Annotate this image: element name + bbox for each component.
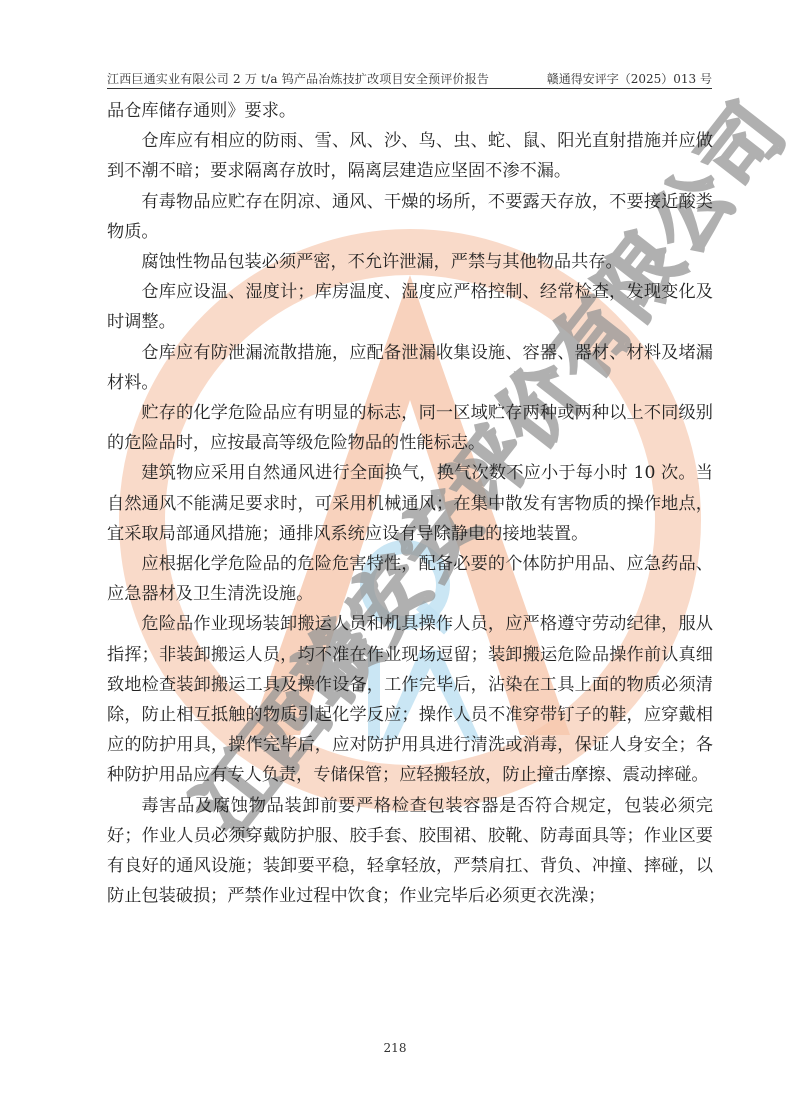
paragraph: 应根据化学危险品的危险危害特性，配备必要的个体防护用品、应急药品、应急器材及卫生… [107, 549, 713, 609]
header-document-number: 赣通得安评字（2025）013 号 [547, 70, 712, 87]
page-header: 江西巨通实业有限公司 2 万 t/a 钨产品冶炼技扩改项目安全预评价报告 赣通得… [107, 68, 712, 89]
paragraph: 有毒物品应贮存在阴凉、通风、干燥的场所，不要露天存放，不要接近酸类物质。 [107, 187, 713, 247]
document-body: 品仓库储存通则》要求。 仓库应有相应的防雨、雪、风、沙、鸟、虫、蛇、鼠、阳光直射… [107, 96, 713, 911]
paragraph: 腐蚀性物品包装必须严密，不允许泄漏，严禁与其他物品共存。 [107, 247, 713, 277]
paragraph: 毒害品及腐蚀物品装卸前要严格检查包装容器是否符合规定，包装必须完好；作业人员必须… [107, 791, 713, 912]
paragraph: 仓库应有相应的防雨、雪、风、沙、鸟、虫、蛇、鼠、阳光直射措施并应做到不潮不暗；要… [107, 126, 713, 186]
paragraph: 建筑物应采用自然通风进行全面换气，换气次数不应小于每小时 10 次。当自然通风不… [107, 458, 713, 549]
paragraph: 危险品作业现场装卸搬运人员和机具操作人员，应严格遵守劳动纪律，服从指挥；非装卸搬… [107, 609, 713, 790]
paragraph: 品仓库储存通则》要求。 [107, 96, 713, 126]
page-number: 218 [0, 1041, 790, 1055]
paragraph: 仓库应设温、湿度计；库房温度、湿度应严格控制、经常检查，发现变化及时调整。 [107, 277, 713, 337]
paragraph: 仓库应有防泄漏流散措施，应配备泄漏收集设施、容器、器材、材料及堵漏材料。 [107, 338, 713, 398]
document-page: 江西赣安安评价有限公司 江西巨通实业有限公司 2 万 t/a 钨产品冶炼技扩改项… [0, 0, 790, 1117]
header-report-title: 江西巨通实业有限公司 2 万 t/a 钨产品冶炼技扩改项目安全预评价报告 [107, 70, 489, 87]
paragraph: 贮存的化学危险品应有明显的标志，同一区域贮存两种或两种以上不同级别的危险品时，应… [107, 398, 713, 458]
